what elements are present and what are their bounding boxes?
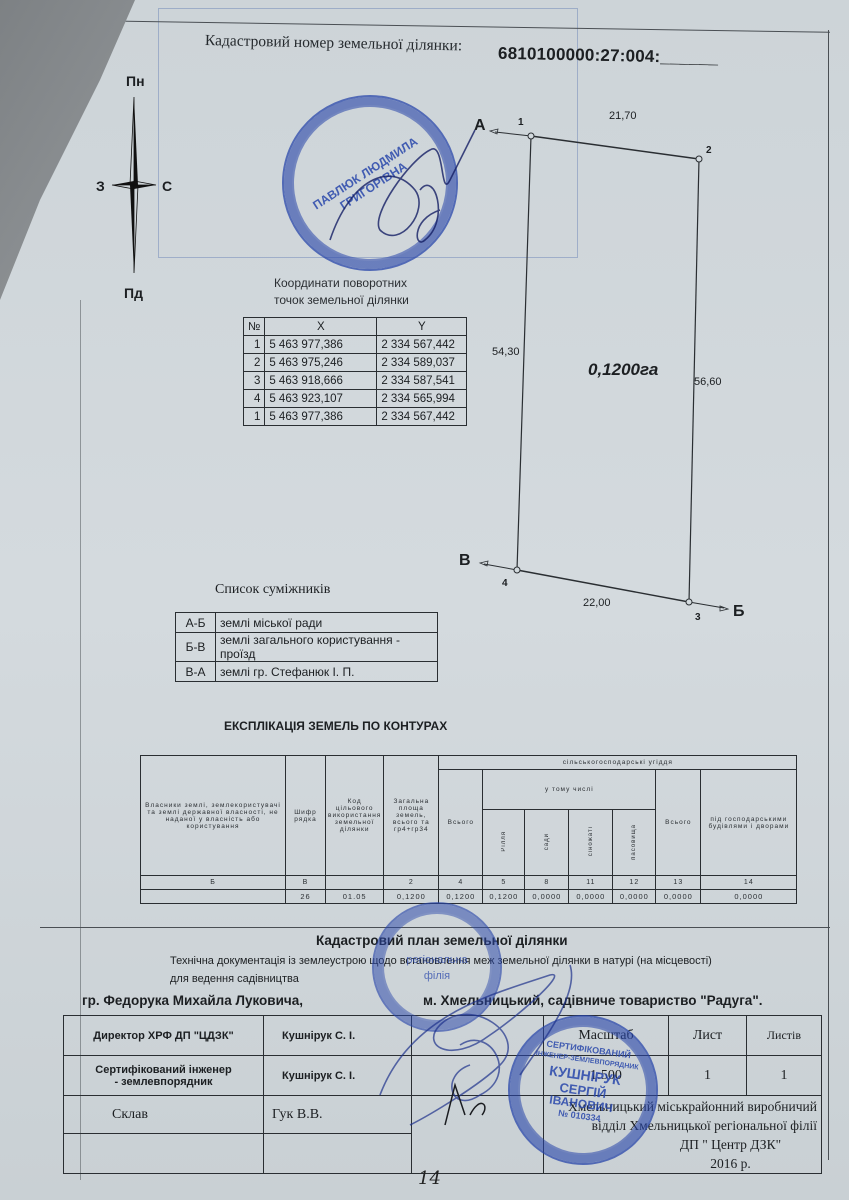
- cell-point: 2: [244, 354, 265, 372]
- coordinates-title-line2: точок земельної ділянки: [274, 292, 409, 309]
- cell-x: 5 463 918,666: [265, 372, 377, 390]
- col-number: 13: [656, 876, 701, 890]
- table-row: 25 463 975,2462 334 589,037: [244, 354, 467, 372]
- cell-code: А-Б: [176, 613, 216, 633]
- header-hayfields: сіножаті: [569, 810, 613, 876]
- role-compiled: Склав: [64, 1096, 264, 1134]
- header-gardens: сади: [525, 810, 569, 876]
- side-length-bottom: 22,00: [583, 597, 611, 609]
- point-label-2: 2: [706, 145, 712, 156]
- side-length-right: 56,60: [694, 376, 722, 388]
- side-length-left: 54,30: [492, 346, 520, 358]
- col-number: [326, 876, 384, 890]
- plot-owner: гр. Федорука Михайла Луковича,: [82, 993, 303, 1008]
- column-header: X: [265, 318, 377, 336]
- empty-cell: [64, 1134, 264, 1174]
- middle-stamp-text: регіональна філія: [394, 952, 480, 984]
- col-number: 12: [613, 876, 656, 890]
- table-row: А-Бземлі міської ради: [176, 613, 438, 633]
- cell-y: 2 334 587,541: [377, 372, 467, 390]
- name-director: Кушнірук С. І.: [264, 1016, 412, 1056]
- boundary-marker-v: В: [459, 552, 471, 570]
- signature-table: Директор ХРФ ДП "ЦДЗК" Кушнірук С. І. Ма…: [63, 1015, 822, 1174]
- header-arable: Рілля: [483, 810, 525, 876]
- table-row: Сертифікований інженер - землевпорядник …: [64, 1056, 822, 1096]
- role-engineer: Сертифікований інженер - землевпорядник: [64, 1056, 264, 1096]
- boundary-marker-a: А: [474, 117, 486, 135]
- header-gardens-text: сади: [544, 833, 550, 850]
- explication-table: Власники землі, землекористувачі та земл…: [140, 755, 797, 904]
- header-purpose-code: Код цільового використання земельної діл…: [326, 756, 384, 876]
- cadastral-plan-page: Кадастровий номер земельної ділянки: 681…: [0, 0, 849, 1200]
- cell-x: 5 463 923,107: [265, 390, 377, 408]
- handwritten-page-number: 14: [418, 1168, 441, 1189]
- name-engineer: Кушнірук С. І.: [264, 1056, 412, 1096]
- cell-value: 0,0000: [613, 890, 656, 904]
- cell-point: 1: [244, 336, 265, 354]
- cell-value: 0,0000: [569, 890, 613, 904]
- header-arable-text: Рілля: [501, 831, 507, 852]
- cell-value: 0,1200: [483, 890, 525, 904]
- cell-value: 26: [286, 890, 326, 904]
- sheets-value: 1: [747, 1056, 822, 1096]
- coordinates-title-line1: Координати поворотних: [274, 275, 409, 292]
- col-number: 5: [483, 876, 525, 890]
- sheet-value: 1: [669, 1056, 747, 1096]
- cell-y: 2 334 567,442: [377, 336, 467, 354]
- table-row: 15 463 977,3862 334 567,442: [244, 336, 467, 354]
- cell-point: 3: [244, 372, 265, 390]
- table-row: Б-Вземлі загального користування - проїз…: [176, 633, 438, 662]
- header-pastures: пасовища: [613, 810, 656, 876]
- cell-desc: землі загального користування - проїзд: [216, 633, 438, 662]
- compass-south-label: Пд: [124, 285, 143, 301]
- col-number: В: [286, 876, 326, 890]
- plan-purpose: для ведення садівництва: [170, 973, 299, 985]
- cell-x: 5 463 975,246: [265, 354, 377, 372]
- header-total: Всього: [439, 770, 483, 876]
- compass-north-label: Пн: [126, 73, 145, 89]
- header-pastures-text: пасовища: [631, 824, 637, 860]
- col-number: 11: [569, 876, 613, 890]
- header-owners: Власники землі, землекористувачі та земл…: [141, 756, 286, 876]
- adjacent-table: А-Бземлі міської ради Б-Вземлі загальног…: [175, 612, 438, 682]
- cell-y: 2 334 589,037: [377, 354, 467, 372]
- cell-desc: землі міської ради: [216, 613, 438, 633]
- col-number: 2: [384, 876, 439, 890]
- empty-cell: [264, 1134, 412, 1174]
- header-including: у тому числі: [483, 770, 656, 810]
- engineer-stamp-text: СЕРТИФІКОВАНИЙ ІНЖЕНЕР-ЗЕМЛЕВПОРЯДНИК КУ…: [520, 1035, 648, 1130]
- table-row: 26 01.05 0,1200 0,1200 0,1200 0,0000 0,0…: [141, 890, 797, 904]
- coordinates-title: Координати поворотних точок земельної ді…: [274, 275, 409, 309]
- cell-code: В-А: [176, 662, 216, 682]
- col-number: 8: [525, 876, 569, 890]
- header-hayfields-text: сіножаті: [588, 826, 594, 856]
- header-agri-group: сільськогосподарські угіддя: [439, 756, 797, 770]
- adjacent-list-title: Список суміжників: [215, 582, 330, 598]
- cell-y: 2 334 567,442: [377, 408, 467, 426]
- column-number-row: Б В 2 4 5 8 11 12 13 14: [141, 876, 797, 890]
- side-length-top: 21,70: [609, 110, 637, 122]
- table-row: 35 463 918,6662 334 587,541: [244, 372, 467, 390]
- cell-value: 0,0000: [656, 890, 701, 904]
- table-row: В-Аземлі гр. Стефанюк І. П.: [176, 662, 438, 682]
- header-built: під господарськими будівлями і дворами: [701, 770, 797, 876]
- compass-west-label: З: [96, 178, 105, 194]
- plot-area: 0,1200га: [588, 360, 658, 380]
- cell-value: 01.05: [326, 890, 384, 904]
- header-cipher: Шифр рядка: [286, 756, 326, 876]
- column-header: Y: [377, 318, 467, 336]
- cell-desc: землі гр. Стефанюк І. П.: [216, 662, 438, 682]
- coordinates-table: № X Y 15 463 977,3862 334 567,442 25 463…: [243, 317, 467, 426]
- point-label-3: 3: [695, 612, 701, 623]
- header-total-area: Загальна площа земель, всього та гр4+гр3…: [384, 756, 439, 876]
- sheet-label: Лист: [669, 1016, 747, 1056]
- header-total2: Всього: [656, 770, 701, 876]
- boundary-marker-b: Б: [733, 603, 745, 621]
- table-header-row: Власники землі, землекористувачі та земл…: [141, 756, 797, 770]
- cell-value: 0,1200: [439, 890, 483, 904]
- cell-y: 2 334 565,994: [377, 390, 467, 408]
- table-header-row: № X Y: [244, 318, 467, 336]
- cell-value: 0,0000: [525, 890, 569, 904]
- col-number: Б: [141, 876, 286, 890]
- column-header: №: [244, 318, 265, 336]
- point-label-4: 4: [502, 578, 508, 589]
- cell-x: 5 463 977,386: [265, 336, 377, 354]
- sheets-label: Листів: [747, 1016, 822, 1056]
- table-row: Склав Гук В.В. Хмельницький міськрайонни…: [64, 1096, 822, 1134]
- col-number: 14: [701, 876, 797, 890]
- compass-rose-icon: [108, 95, 162, 275]
- explication-title: ЕКСПЛІКАЦІЯ ЗЕМЕЛЬ ПО КОНТУРАХ: [224, 719, 447, 733]
- frame-right: [828, 30, 829, 1160]
- cell-point: 4: [244, 390, 265, 408]
- col-number: 4: [439, 876, 483, 890]
- official-stamp-middle: регіональна філія: [372, 902, 502, 1032]
- cell-value: [141, 890, 286, 904]
- table-row: 15 463 977,3862 334 567,442: [244, 408, 467, 426]
- role-director: Директор ХРФ ДП "ЦДЗК": [64, 1016, 264, 1056]
- cell-x: 5 463 977,386: [265, 408, 377, 426]
- point-label-1: 1: [518, 117, 524, 128]
- cell-point: 1: [244, 408, 265, 426]
- top-stamp-text: ПАВЛЮК ЛЮДМИЛА ГРИГОРІВНА: [289, 121, 450, 240]
- cell-code: Б-В: [176, 633, 216, 662]
- table-row: 45 463 923,1072 334 565,994: [244, 390, 467, 408]
- name-compiled: Гук В.В.: [264, 1096, 412, 1134]
- cell-value: 0,0000: [701, 890, 797, 904]
- compass-east-label: С: [162, 178, 172, 194]
